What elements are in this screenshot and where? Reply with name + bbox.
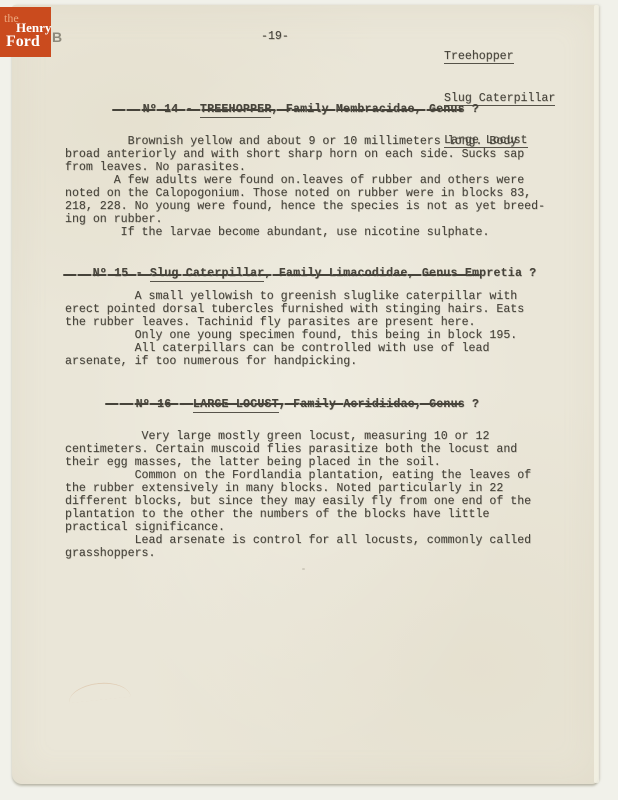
pencil-smudge: [67, 680, 130, 703]
section-body-14: Brownish yellow and about 9 or 10 millim…: [65, 135, 545, 239]
heading-underline: [105, 403, 462, 405]
heading-underline: [112, 109, 462, 111]
section-body-15: A small yellowish to greenish sluglike c…: [65, 290, 524, 368]
paper-speck: [302, 568, 305, 570]
page-number: -19-: [261, 30, 289, 43]
henry-ford-logo: the Henry Ford: [0, 7, 51, 57]
section-body-16: Very large mostly green locust, measurin…: [65, 430, 531, 560]
paper-edge: [594, 5, 599, 783]
heading-species-name: LARGE LOCUST: [193, 398, 279, 413]
archive-stamp: B: [52, 29, 61, 45]
scan-background: B -19- Treehopper Slug Caterpillar Large…: [0, 0, 618, 800]
logo-text-ford: Ford: [6, 34, 40, 50]
heading-underline: [63, 274, 480, 276]
subject-index-item: Treehopper: [444, 50, 514, 64]
